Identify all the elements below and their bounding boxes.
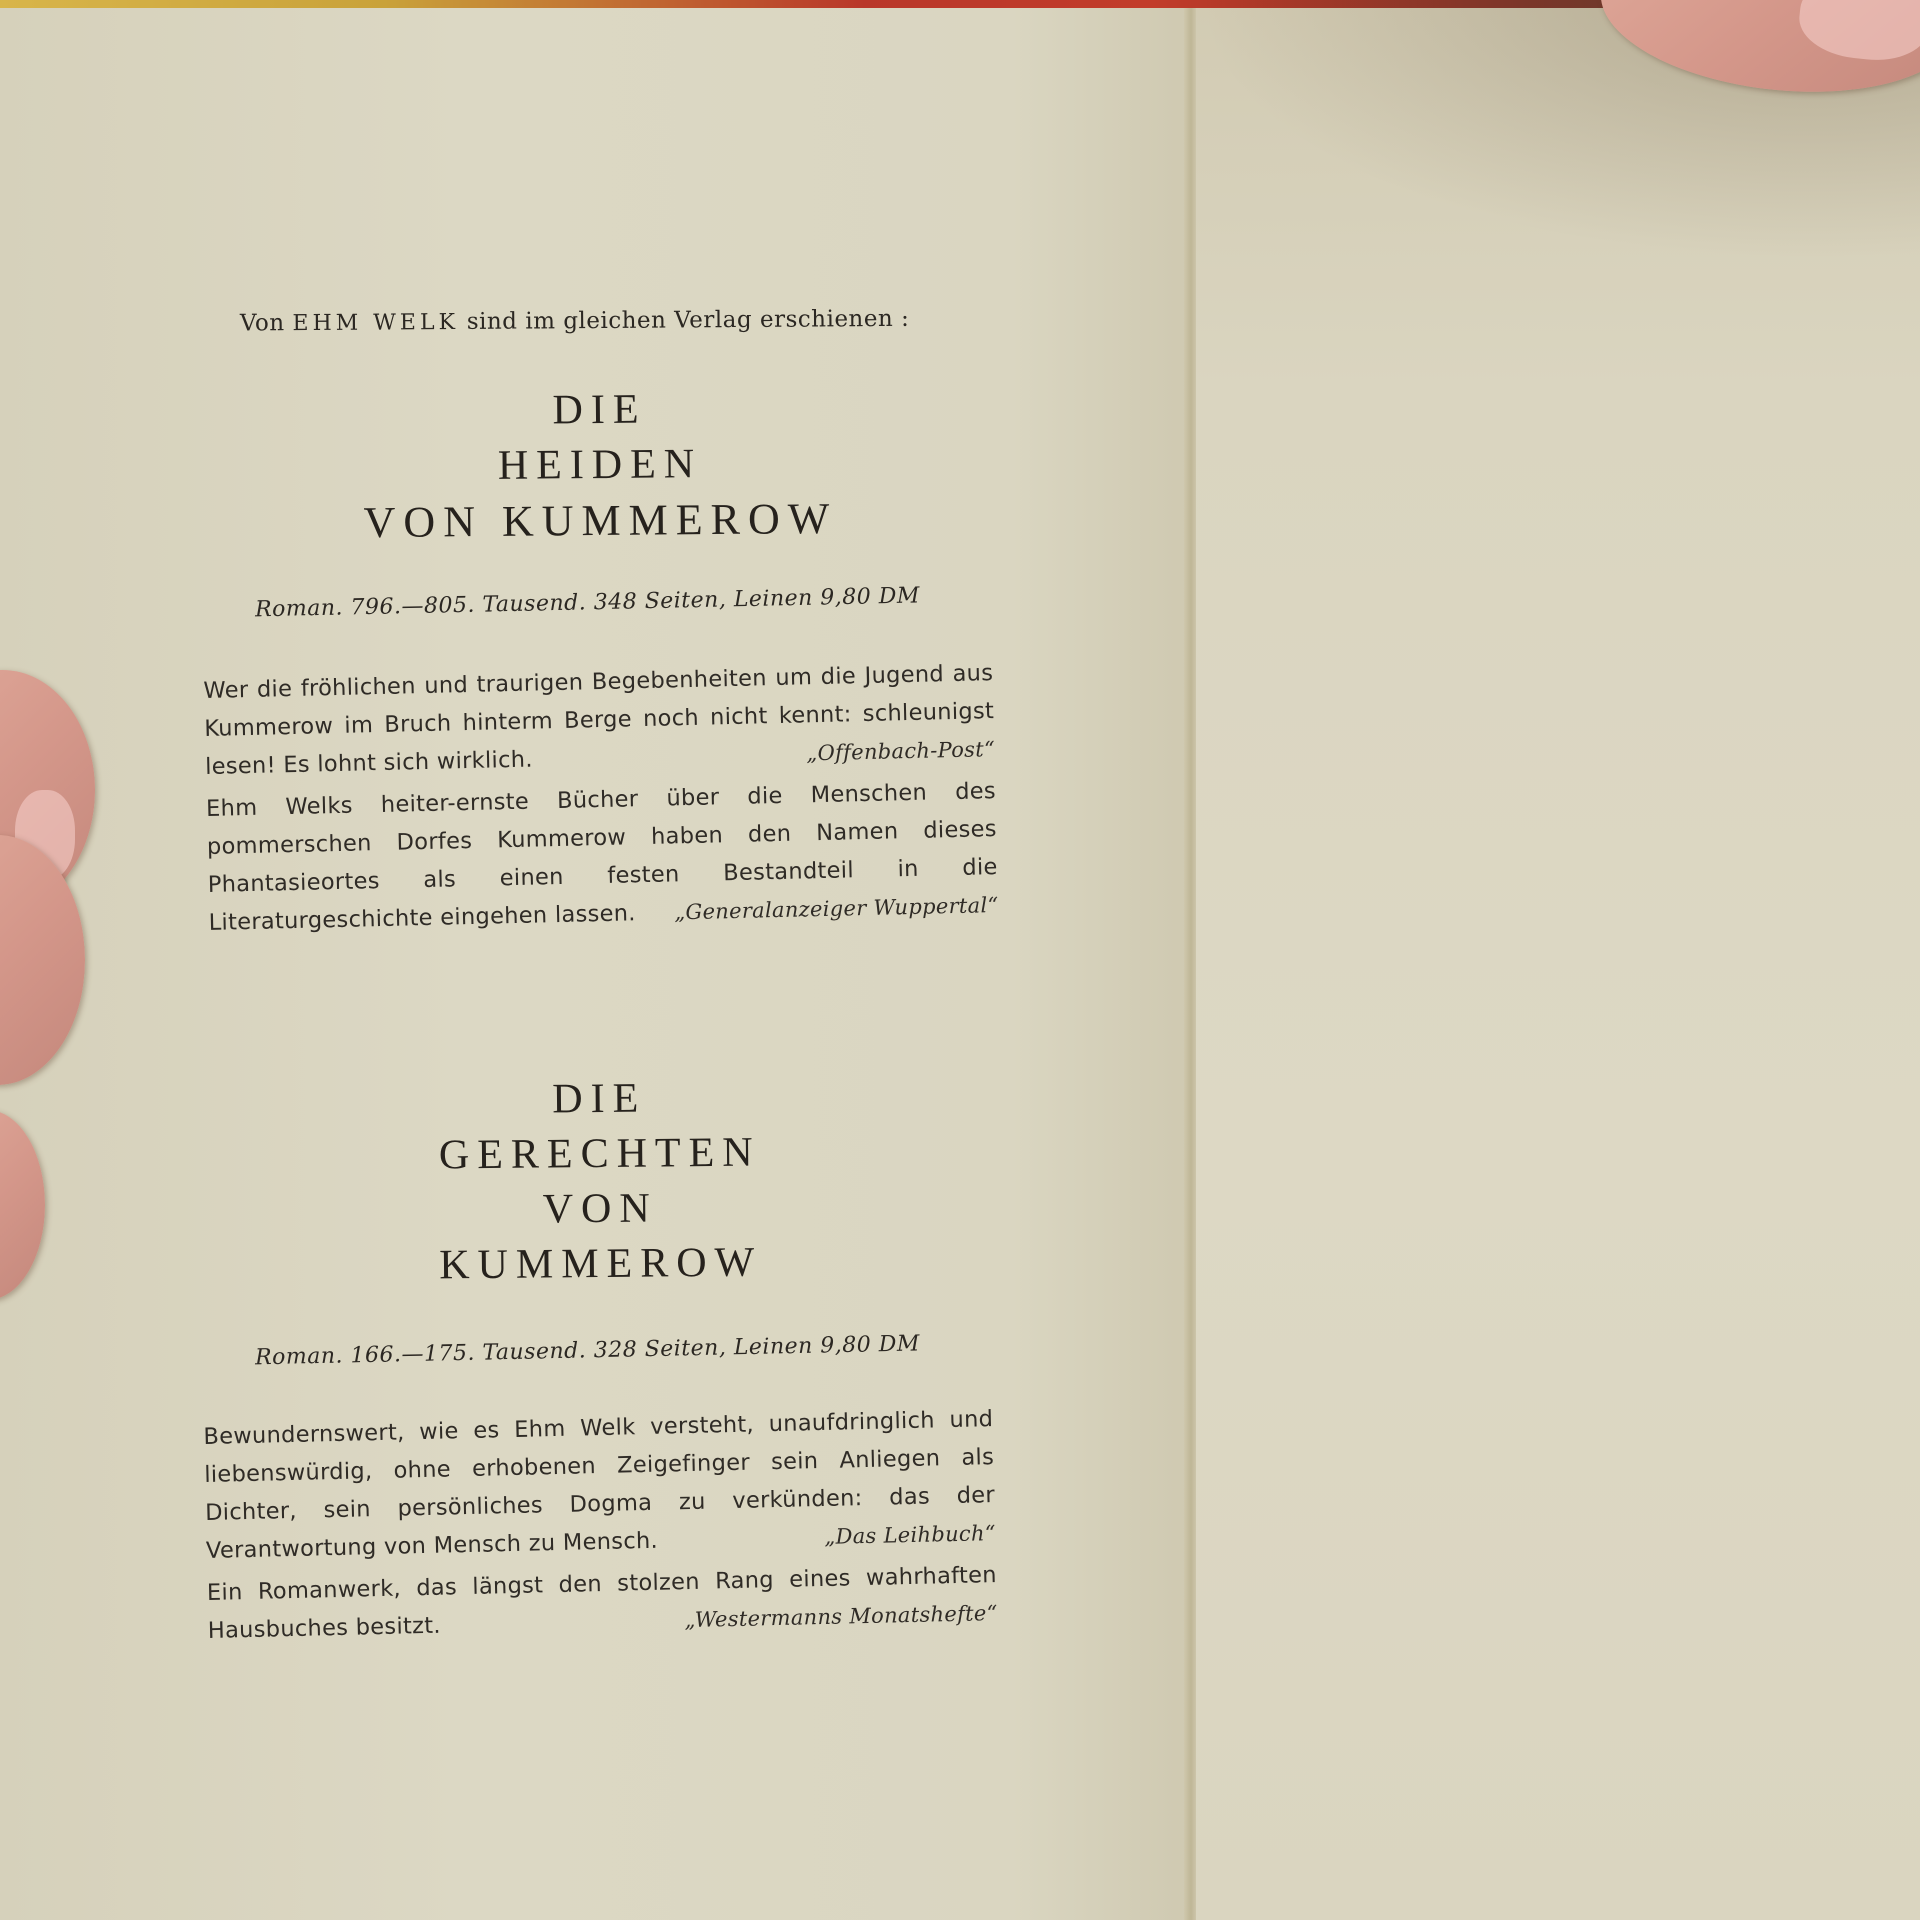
- review-quote: Ein Romanwerk, das längst den stolzen Ra…: [207, 1556, 999, 1650]
- review-quote: Bewundernswert, wie es Ehm Welk versteht…: [203, 1400, 996, 1570]
- intro-suffix: sind im gleichen Verlag erschienen :: [467, 306, 910, 335]
- review-source: „Generalanzeiger Wuppertal“: [674, 886, 999, 931]
- intro-prefix: Von: [240, 310, 285, 336]
- title-line: VON: [200, 1179, 1000, 1241]
- title-line: GERECHTEN: [200, 1124, 1000, 1186]
- title-line: VON KUMMEROW: [200, 490, 1000, 552]
- publisher-intro: Von EHM WELK sind im gleichen Verlag ers…: [240, 305, 960, 336]
- thumbnail: [1796, 0, 1920, 65]
- intro-author: EHM WELK: [292, 310, 459, 336]
- title-line: DIE: [199, 380, 999, 442]
- review-source: „Das Leihbuch“: [824, 1514, 996, 1556]
- review-source: „Offenbach-Post“: [806, 730, 995, 772]
- title-line: HEIDEN: [200, 435, 1000, 497]
- reviews-gerechten: Bewundernswert, wie es Ehm Welk versteht…: [203, 1400, 998, 1654]
- reviews-heiden: Wer die fröhlichen und traurigen Begeben…: [203, 654, 999, 946]
- review-quote: Ehm Welks heiter-ernste Bücher über die …: [206, 772, 999, 942]
- review-source: „Westermanns Monatshefte“: [684, 1594, 998, 1639]
- review-quote: Wer die fröhlichen und traurigen Begeben…: [203, 654, 995, 786]
- right-page-blank: [1196, 8, 1920, 1920]
- book-title-gerechten: DIE GERECHTEN VON KUMMEROW: [199, 1069, 1001, 1296]
- book-title-heiden: DIE HEIDEN VON KUMMEROW: [199, 380, 1000, 552]
- title-line: KUMMEROW: [200, 1234, 1000, 1296]
- title-line: DIE: [199, 1069, 999, 1131]
